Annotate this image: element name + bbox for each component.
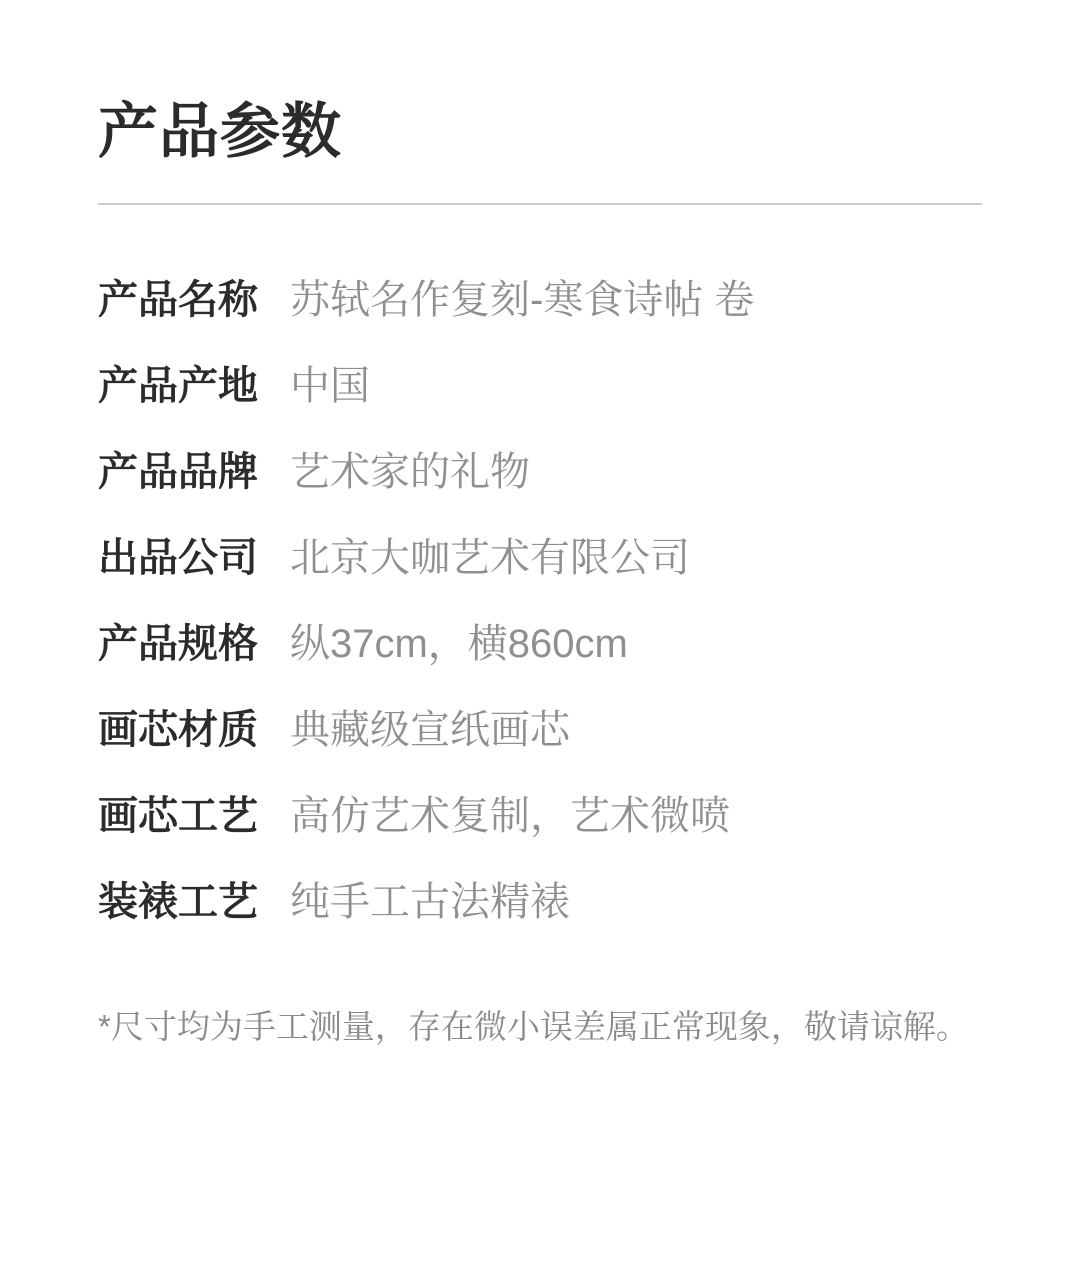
- spec-label: 画芯工艺: [98, 792, 262, 840]
- spec-value: 典藏级宣纸画芯: [290, 706, 570, 754]
- spec-row-company: 出品公司 北京大咖艺术有限公司: [98, 534, 982, 582]
- product-params-section: 产品参数 产品名称 苏轼名作复刻-寒食诗帖 卷 产品产地 中国 产品品牌 艺术家…: [0, 96, 1080, 1049]
- spec-value: 纵37cm，横860cm: [290, 620, 628, 668]
- spec-label: 产品产地: [98, 362, 262, 410]
- spec-label: 产品品牌: [98, 448, 262, 496]
- spec-value: 中国: [290, 362, 370, 410]
- spec-label: 画芯材质: [98, 706, 262, 754]
- spec-value: 艺术家的礼物: [290, 448, 530, 496]
- spec-value: 苏轼名作复刻-寒食诗帖 卷: [290, 276, 754, 324]
- spec-label: 产品规格: [98, 620, 262, 668]
- measurement-disclaimer: *尺寸均为手工测量，存在微小误差属正常现象，敬请谅解。: [98, 1005, 982, 1049]
- spec-label: 产品名称: [98, 276, 262, 324]
- spec-row-core-material: 画芯材质 典藏级宣纸画芯: [98, 706, 982, 754]
- spec-row-origin: 产品产地 中国: [98, 362, 982, 410]
- title-divider: [98, 203, 982, 205]
- spec-label: 出品公司: [98, 534, 262, 582]
- spec-label: 装裱工艺: [98, 878, 262, 926]
- spec-row-size: 产品规格 纵37cm，横860cm: [98, 620, 982, 668]
- section-title: 产品参数: [98, 96, 982, 168]
- spec-list: 产品名称 苏轼名作复刻-寒食诗帖 卷 产品产地 中国 产品品牌 艺术家的礼物 出…: [98, 276, 982, 926]
- spec-row-product-name: 产品名称 苏轼名作复刻-寒食诗帖 卷: [98, 276, 982, 324]
- spec-row-core-craft: 画芯工艺 高仿艺术复制，艺术微喷: [98, 792, 982, 840]
- spec-row-brand: 产品品牌 艺术家的礼物: [98, 448, 982, 496]
- spec-value: 纯手工古法精裱: [290, 878, 570, 926]
- spec-row-mounting-craft: 装裱工艺 纯手工古法精裱: [98, 878, 982, 926]
- spec-value: 高仿艺术复制，艺术微喷: [290, 792, 730, 840]
- spec-value: 北京大咖艺术有限公司: [290, 534, 690, 582]
